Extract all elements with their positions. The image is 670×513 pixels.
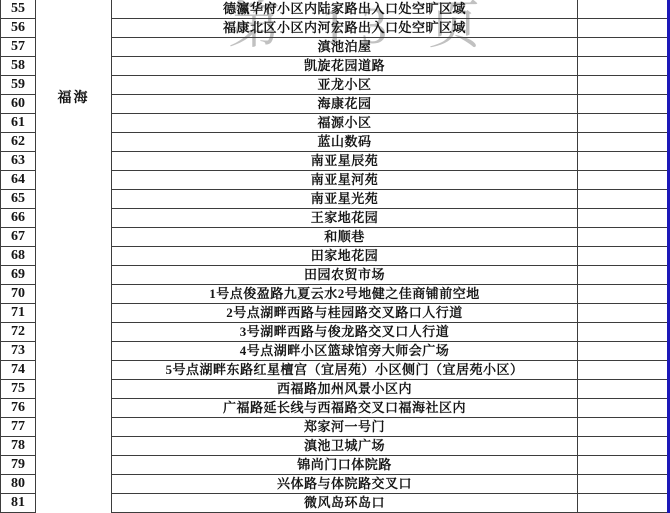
empty-cell[interactable]	[578, 38, 670, 57]
empty-cell[interactable]	[578, 57, 670, 76]
row-number-cell[interactable]: 75	[1, 380, 36, 399]
empty-cell[interactable]	[578, 437, 670, 456]
location-cell[interactable]: 福康北区小区内河宏路出入口处空旷区域	[112, 19, 578, 38]
location-cell[interactable]: 王家地花园	[112, 209, 578, 228]
row-number-cell[interactable]: 66	[1, 209, 36, 228]
location-cell[interactable]: 德瀛华府小区内陆家路出入口处空旷区域	[112, 0, 578, 19]
empty-cell[interactable]	[578, 76, 670, 95]
row-number-cell[interactable]: 58	[1, 57, 36, 76]
location-cell[interactable]: 西福路加州风景小区内	[112, 380, 578, 399]
location-cell[interactable]: 滇池泊屋	[112, 38, 578, 57]
location-cell[interactable]: 海康花园	[112, 95, 578, 114]
empty-cell[interactable]	[578, 304, 670, 323]
empty-cell[interactable]	[578, 247, 670, 266]
row-number-cell[interactable]: 80	[1, 475, 36, 494]
row-number-cell[interactable]: 65	[1, 190, 36, 209]
row-number-cell[interactable]: 69	[1, 266, 36, 285]
row-number-cell[interactable]: 67	[1, 228, 36, 247]
empty-cell[interactable]	[578, 475, 670, 494]
empty-cell[interactable]	[578, 323, 670, 342]
spreadsheet-view: 第 13 页 福海 55德瀛华府小区内陆家路出入口处空旷区域56福康北区小区内河…	[0, 0, 670, 513]
location-cell[interactable]: 4号点湖畔小区篮球馆旁大师会广场	[112, 342, 578, 361]
district-label: 福海	[36, 87, 111, 107]
location-cell[interactable]: 福源小区	[112, 114, 578, 133]
location-cell[interactable]: 蓝山数码	[112, 133, 578, 152]
location-cell[interactable]: 广福路延长线与西福路交叉口福海社区内	[112, 399, 578, 418]
table-grid: 福海 55德瀛华府小区内陆家路出入口处空旷区域56福康北区小区内河宏路出入口处空…	[0, 0, 670, 513]
empty-cell[interactable]	[578, 19, 670, 38]
location-cell[interactable]: 南亚星河苑	[112, 171, 578, 190]
location-cell[interactable]: 滇池卫城广场	[112, 437, 578, 456]
row-number-cell[interactable]: 76	[1, 399, 36, 418]
row-number-cell[interactable]: 62	[1, 133, 36, 152]
empty-cell[interactable]	[578, 190, 670, 209]
empty-cell[interactable]	[578, 418, 670, 437]
empty-cell[interactable]	[578, 133, 670, 152]
location-cell[interactable]: 微风岛环岛口	[112, 494, 578, 513]
row-number-cell[interactable]: 73	[1, 342, 36, 361]
empty-cell[interactable]	[578, 209, 670, 228]
location-cell[interactable]: 田家地花园	[112, 247, 578, 266]
row-number-cell[interactable]: 56	[1, 19, 36, 38]
row-number-cell[interactable]: 57	[1, 38, 36, 57]
location-cell[interactable]: 锦尚门口体院路	[112, 456, 578, 475]
location-cell[interactable]: 亚龙小区	[112, 76, 578, 95]
row-number-cell[interactable]: 63	[1, 152, 36, 171]
row-number-cell[interactable]: 61	[1, 114, 36, 133]
empty-cell[interactable]	[578, 494, 670, 513]
empty-cell[interactable]	[578, 456, 670, 475]
row-number-cell[interactable]: 78	[1, 437, 36, 456]
empty-cell[interactable]	[578, 342, 670, 361]
row-number-cell[interactable]: 81	[1, 494, 36, 513]
row-number-cell[interactable]: 70	[1, 285, 36, 304]
empty-cell[interactable]	[578, 266, 670, 285]
empty-cell[interactable]	[578, 152, 670, 171]
location-cell[interactable]: 1号点俊盈路九夏云水2号地健之佳商铺前空地	[112, 285, 578, 304]
location-cell[interactable]: 田园农贸市场	[112, 266, 578, 285]
empty-cell[interactable]	[578, 0, 670, 19]
empty-cell[interactable]	[578, 285, 670, 304]
district-merged-cell[interactable]: 福海	[36, 0, 112, 513]
location-cell[interactable]: 南亚星辰苑	[112, 152, 578, 171]
row-number-cell[interactable]: 71	[1, 304, 36, 323]
location-cell[interactable]: 2号点湖畔西路与桂园路交叉路口人行道	[112, 304, 578, 323]
row-number-cell[interactable]: 59	[1, 76, 36, 95]
location-cell[interactable]: 兴体路与体院路交叉口	[112, 475, 578, 494]
row-number-cell[interactable]: 72	[1, 323, 36, 342]
empty-cell[interactable]	[578, 361, 670, 380]
row-number-cell[interactable]: 74	[1, 361, 36, 380]
row-number-cell[interactable]: 79	[1, 456, 36, 475]
empty-cell[interactable]	[578, 95, 670, 114]
empty-cell[interactable]	[578, 399, 670, 418]
location-cell[interactable]: 和顺巷	[112, 228, 578, 247]
row-number-cell[interactable]: 55	[1, 0, 36, 19]
location-cell[interactable]: 凯旋花园道路	[112, 57, 578, 76]
empty-cell[interactable]	[578, 114, 670, 133]
location-cell[interactable]: 5号点湖畔东路红星檀宫（宜居苑）小区侧门（宜居苑小区）	[112, 361, 578, 380]
empty-cell[interactable]	[578, 380, 670, 399]
empty-cell[interactable]	[578, 228, 670, 247]
row-number-cell[interactable]: 68	[1, 247, 36, 266]
empty-cell[interactable]	[578, 171, 670, 190]
location-cell[interactable]: 郑家河一号门	[112, 418, 578, 437]
row-number-cell[interactable]: 60	[1, 95, 36, 114]
location-cell[interactable]: 南亚星光苑	[112, 190, 578, 209]
location-cell[interactable]: 3号湖畔西路与俊龙路交叉口人行道	[112, 323, 578, 342]
row-number-cell[interactable]: 64	[1, 171, 36, 190]
row-number-cell[interactable]: 77	[1, 418, 36, 437]
